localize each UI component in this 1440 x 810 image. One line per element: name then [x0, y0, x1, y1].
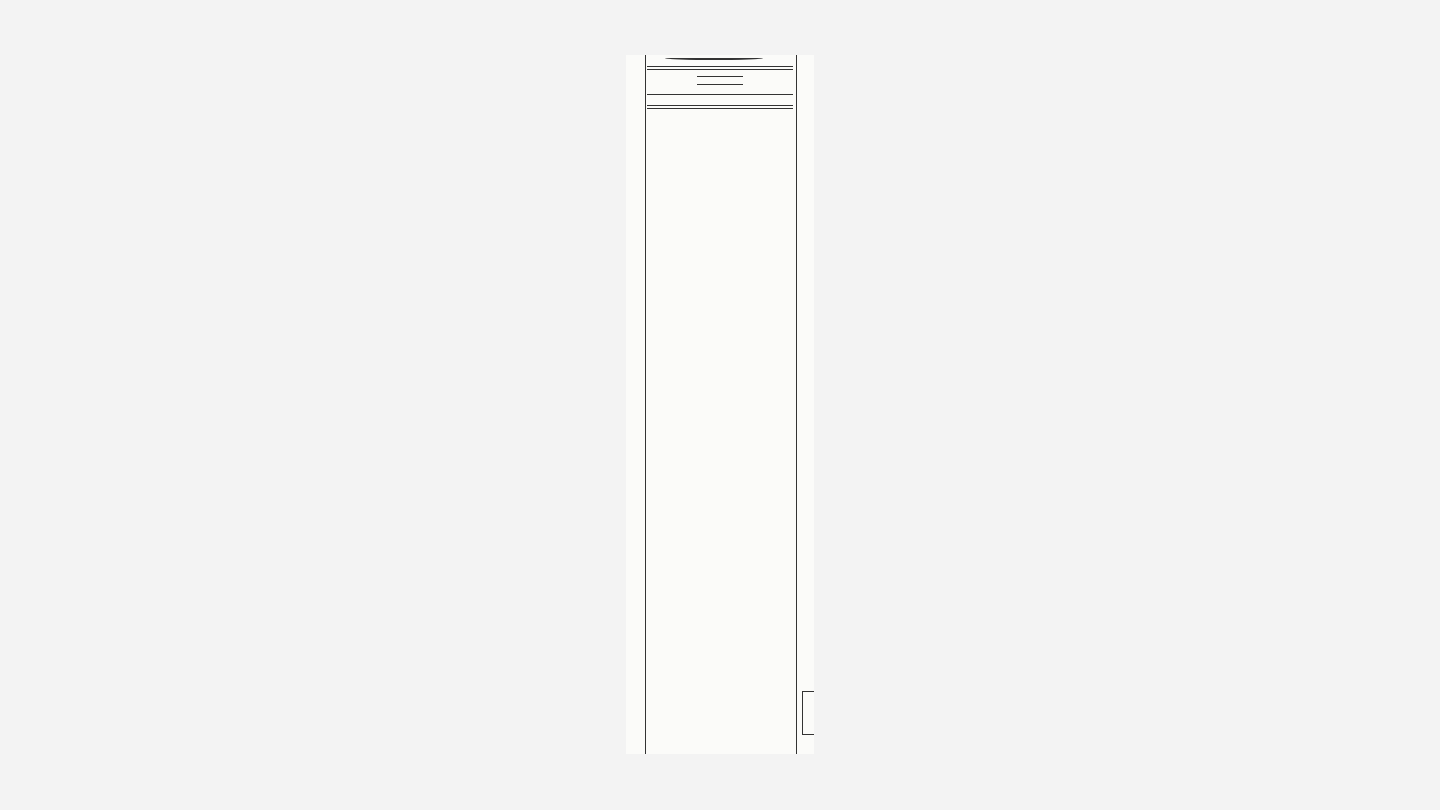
divider — [647, 105, 793, 106]
divider — [647, 108, 793, 109]
divider — [697, 76, 743, 77]
photo-bottom-edge — [647, 55, 793, 61]
article-column — [647, 55, 793, 754]
left-column-fragment — [626, 55, 644, 754]
continued-notice — [647, 94, 793, 98]
column-rule-left — [645, 55, 646, 754]
divider — [697, 84, 743, 85]
newspaper-clipping — [626, 55, 814, 754]
double-rule — [647, 66, 793, 70]
right-column-fragment — [798, 55, 814, 754]
column-rule-right — [796, 55, 797, 754]
boxed-item-fragment — [802, 691, 814, 735]
